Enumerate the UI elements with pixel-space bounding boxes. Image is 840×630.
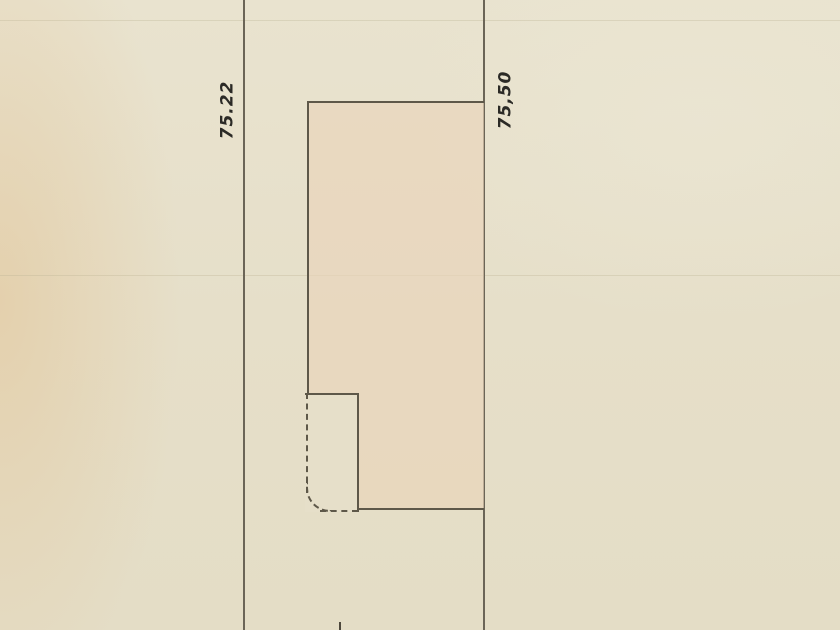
dashed-outline-bottom xyxy=(320,510,358,512)
left-boundary-line xyxy=(243,0,245,630)
right-boundary-label: 75,50 xyxy=(495,71,515,130)
paper-fold-line xyxy=(0,20,840,21)
left-boundary-label: 75.22 xyxy=(217,81,237,140)
dashed-outline xyxy=(306,393,308,493)
bottom-tick-mark xyxy=(339,622,341,630)
